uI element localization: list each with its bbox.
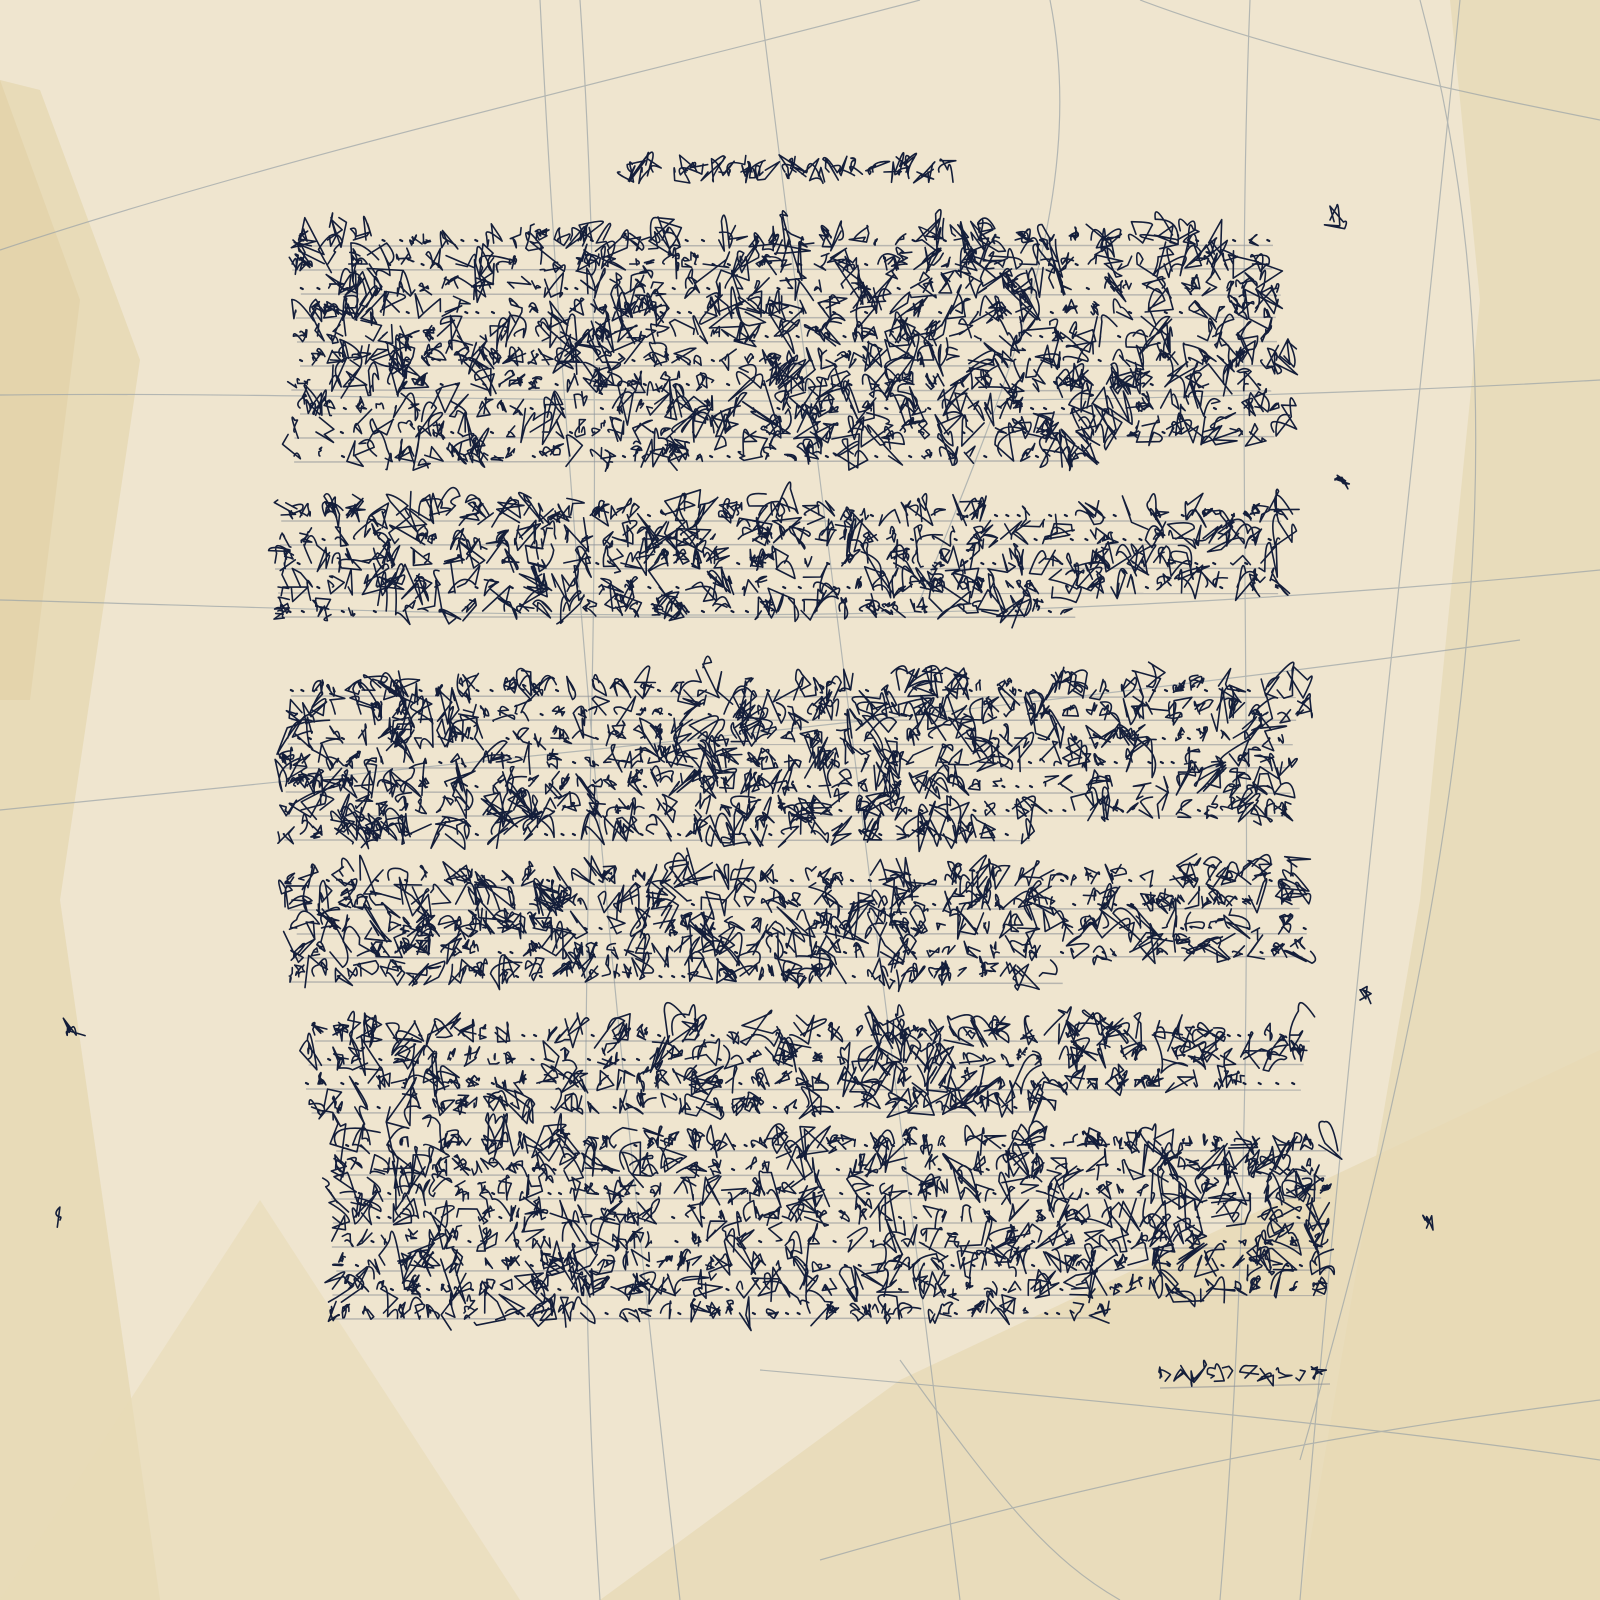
asemic-artwork: [0, 0, 1600, 1600]
